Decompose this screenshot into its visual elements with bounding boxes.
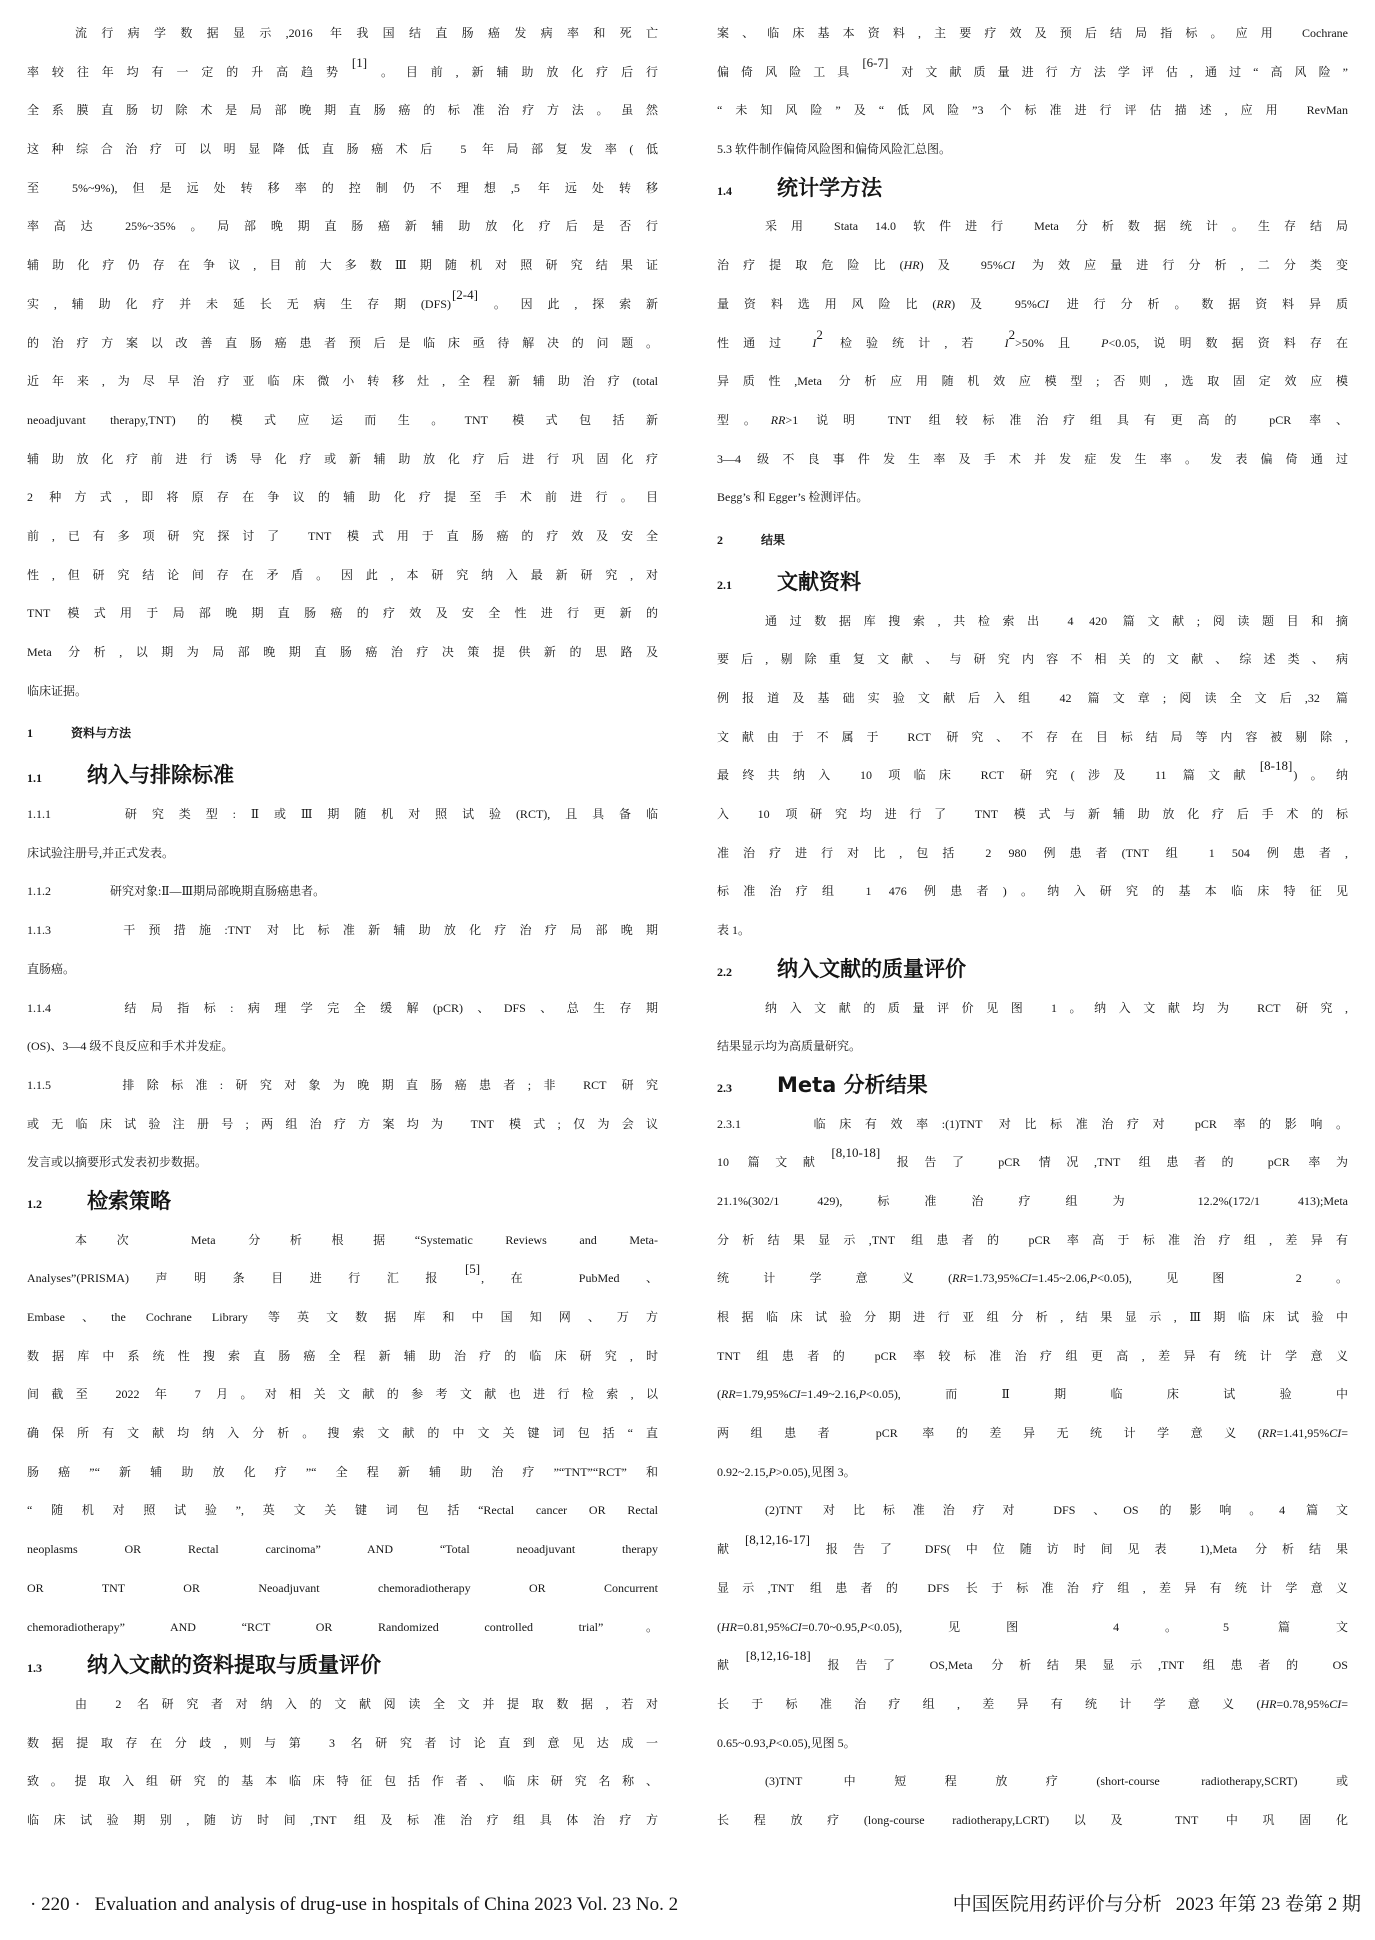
heading-number: 1.3 (27, 1649, 87, 1685)
subsection-heading: 2.3Meta 分析结果 (717, 1066, 1348, 1105)
text-line: neoadjuvant therapy,TNT)的模式应运而生。TNT 模式包括… (27, 401, 658, 440)
item-number: 1.1.3 (27, 911, 110, 950)
text-line: 临床试验期别,随访时间,TNT 组及标准治疗组具体治疗方 (27, 1801, 658, 1840)
text-line: (2)TNT 对比标准治疗对 DFS、OS 的影响。4 篇文 (717, 1491, 1348, 1530)
heading-title: 纳入文献的质量评价 (777, 957, 966, 981)
subsection-heading: 1.3纳入文献的资料提取与质量评价 (27, 1646, 658, 1685)
heading-number: 1.1 (27, 759, 87, 795)
text-line: (OS)、3—4 级不良反应和手术并发症。 (27, 1027, 658, 1066)
italic-symbol: I (1005, 336, 1009, 350)
heading-title: 统计学方法 (777, 176, 882, 200)
subsection-heading: 2.2纳入文献的质量评价 (717, 950, 1348, 989)
text-line: 献[8,12,16-17]报告了 DFS(中位随访时间见表 1),Meta 分析… (717, 1530, 1348, 1569)
subsection-heading: 1.1纳入与排除标准 (27, 756, 658, 795)
journal-name-en: Evaluation and analysis of drug-use in h… (95, 1894, 679, 1915)
italic-symbol: CI (790, 1620, 802, 1634)
text-line: 文献由于不属于 RCT 研究、不存在目标结局等内容被剔除, (717, 718, 1348, 757)
italic-symbol: P (769, 1736, 776, 1750)
heading-title: 纳入文献的资料提取与质量评价 (87, 1653, 381, 1677)
text-line: 统计学意义(RR=1.73,95%CI=1.45~2.06,P<0.05),见图… (717, 1259, 1348, 1298)
text-line: 量资料选用风险比(RR)及 95%CI 进行分析。数据资料异质 (717, 285, 1348, 324)
citation-superscript: [8,12,16-18] (746, 1648, 811, 1663)
italic-symbol: CI (1329, 1426, 1341, 1440)
text-line: 发言或以摘要形式发表初步数据。 (27, 1143, 658, 1182)
text-line: 异质性,Meta 分析应用随机效应模型;否则,选取固定效应模 (717, 362, 1348, 401)
citation-superscript: [1] (352, 55, 367, 70)
numbered-item-line: 1.1.2研究对象:Ⅱ—Ⅲ期局部晚期直肠癌患者。 (27, 872, 658, 911)
numbered-item-line: 1.1.3干预措施:TNT 对比标准新辅助放化疗治疗局部晚期 (27, 911, 658, 950)
item-number: 1.1.2 (27, 872, 110, 911)
text-line: Meta 分析,以期为局部晚期直肠癌治疗决策提供新的思路及 (27, 633, 658, 672)
text-line: Embase、the Cochrane Library 等英文数据库和中国知网、… (27, 1298, 658, 1337)
text-line: 长程放疗(long-course radiotherapy,LCRT)以及 TN… (717, 1801, 1348, 1840)
item-number: 1.1.4 (27, 989, 110, 1028)
heading-title: 文献资料 (777, 570, 861, 594)
journal-name-cn: 中国医院用药评价与分析 (953, 1894, 1162, 1915)
text-line: 实,辅助化疗并未延长无病生存期(DFS)[2-4]。因此,探索新 (27, 285, 658, 324)
issue-info-cn: 2023 年第 23 卷第 2 期 (1176, 1894, 1361, 1915)
page-number: · 220 · (30, 1894, 81, 1915)
italic-symbol: CI (788, 1387, 800, 1401)
text-line: 0.92~2.15,P>0.05),见图 3。 (717, 1453, 1348, 1492)
heading-number: 1.4 (717, 172, 777, 208)
item-number: 1.1.1 (27, 795, 110, 834)
citation-superscript: [6-7] (862, 55, 888, 70)
text-line: 准治疗进行对比,包括 2 980 例患者(TNT 组 1 504 例患者, (717, 834, 1348, 873)
text-line: OR TNT OR Neoadjuvant chemoradiotherapy … (27, 1569, 658, 1608)
italic-symbol: RR (721, 1387, 736, 1401)
text-line: 这种综合治疗可以明显降低直肠癌术后 5 年局部复发率(低 (27, 130, 658, 169)
text-line: 至 5%~9%),但是远处转移率的控制仍不理想,5 年远处转移 (27, 169, 658, 208)
italic-symbol: CI (1037, 297, 1049, 311)
italic-symbol: P (1090, 1271, 1097, 1285)
text-line: 床试验注册号,并正式发表。 (27, 834, 658, 873)
text-line: 案、临床基本资料,主要疗效及预后结局指标。应用 Cochrane (717, 14, 1348, 53)
item-number: 2.3.1 (717, 1105, 800, 1144)
text-line: chemoradiotherapy” AND “RCT OR Randomize… (27, 1608, 658, 1647)
italic-symbol: P (860, 1620, 867, 1634)
text-line: 临床证据。 (27, 672, 658, 711)
page-footer-left: · 220 ·Evaluation and analysis of drug-u… (30, 1890, 678, 1920)
citation-superscript: [5] (465, 1261, 480, 1276)
text-line: 或无临床试验注册号;两组治疗方案均为 TNT 模式;仅为会议 (27, 1105, 658, 1144)
text-line: 例报道及基础实验文献后入组 42 篇文章;阅读全文后,32 篇 (717, 679, 1348, 718)
citation-superscript: [8,12,16-17] (745, 1532, 810, 1547)
text-line: 10 篇文献[8,10-18]报告了 pCR 情况,TNT 组患者的 pCR 率… (717, 1143, 1348, 1182)
text-line: 表 1。 (717, 911, 1348, 950)
text-line: TNT 模式用于局部晚期直肠癌的疗效及安全性进行更新的 (27, 594, 658, 633)
text-line: 本次 Meta 分析根据“Systematic Reviews and Meta… (27, 1221, 658, 1260)
text-line: “未知风险”及“低风险”3 个标准进行评估描述,应用 RevMan (717, 91, 1348, 130)
text-line: 通过数据库搜索,共检索出 4 420 篇文献;阅读题目和摘 (717, 602, 1348, 641)
text-line: 的治疗方案以改善直肠癌患者预后是临床亟待解决的问题。 (27, 324, 658, 363)
heading-title: 资料与方法 (71, 726, 131, 740)
subsection-heading: 2.1文献资料 (717, 563, 1348, 602)
subsection-heading: 1.4统计学方法 (717, 169, 1348, 208)
section-heading: 1资料与方法 (27, 710, 658, 756)
text-line: 型。RR>1 说明 TNT 组较标准治疗组具有更高的 pCR 率、 (717, 401, 1348, 440)
text-line: Begg’s 和 Egger’s 检测评估。 (717, 478, 1348, 517)
section-heading: 2结果 (717, 517, 1348, 563)
italic-symbol: P (859, 1387, 866, 1401)
text-line: (HR=0.81,95%CI=0.70~0.95,P<0.05),见图 4。5 … (717, 1608, 1348, 1647)
text-line: 纳入文献的质量评价见图 1。纳入文献均为 RCT 研究, (717, 989, 1348, 1028)
heading-title: 纳入与排除标准 (87, 763, 234, 787)
text-line: 辅助放化疗前进行诱导化疗或新辅助放化疗后进行巩固化疗 (27, 440, 658, 479)
exponent-superscript: 2 (1009, 327, 1016, 342)
text-line: 3—4 级不良事件发生率及手术并发症发生率。发表偏倚通过 (717, 440, 1348, 479)
text-line: 近年来,为尽早治疗亚临床微小转移灶,全程新辅助治疗(total (27, 362, 658, 401)
text-line: (RR=1.79,95%CI=1.49~2.16,P<0.05),而Ⅱ期临床试验… (717, 1375, 1348, 1414)
text-line: 2 种方式,即将原存在争议的辅助化疗提至手术前进行。目 (27, 478, 658, 517)
citation-superscript: [8-18] (1260, 758, 1293, 773)
exponent-superscript: 2 (816, 327, 823, 342)
numbered-item-line: 2.3.1临床有效率:(1)TNT 对比标准治疗对 pCR 率的影响。 (717, 1105, 1348, 1144)
italic-symbol: CI (1329, 1697, 1341, 1711)
italic-symbol: RR (1262, 1426, 1277, 1440)
italic-symbol: HR (1260, 1697, 1276, 1711)
numbered-item-line: 1.1.4结局指标:病理学完全缓解(pCR)、DFS、总生存期 (27, 989, 658, 1028)
text-line: 流行病学数据显示,2016 年我国结直肠癌发病率和死亡 (27, 14, 658, 53)
text-line: 0.65~0.93,P<0.05),见图 5。 (717, 1724, 1348, 1763)
text-line: 两组患者 pCR 率的差异无统计学意义(RR=1.41,95%CI= (717, 1414, 1348, 1453)
text-line: 直肠癌。 (27, 950, 658, 989)
heading-title: 检索策略 (87, 1189, 171, 1213)
subsection-heading: 1.2检索策略 (27, 1182, 658, 1221)
text-line: 率高达 25%~35%。局部晚期直肠癌新辅助放化疗后是否行 (27, 207, 658, 246)
text-line: 5.3 软件制作偏倚风险图和偏倚风险汇总图。 (717, 130, 1348, 169)
item-number: 1.1.5 (27, 1066, 110, 1105)
text-line: 标准治疗组 1 476 例患者)。纳入研究的基本临床特征见 (717, 872, 1348, 911)
heading-number: 1 (27, 710, 71, 756)
heading-number: 2.1 (717, 566, 777, 602)
italic-symbol: HR (904, 258, 920, 272)
text-line: 确保所有文献均纳入分析。搜索文献的中文关键词包括“直 (27, 1414, 658, 1453)
text-line: 数据库中系统性搜索直肠癌全程新辅助治疗的临床研究,时 (27, 1337, 658, 1376)
text-line: 入 10 项研究均进行了 TNT 模式与新辅助放化疗后手术的标 (717, 795, 1348, 834)
italic-symbol: HR (721, 1620, 737, 1634)
text-line: 最终共纳入 10 项临床 RCT 研究(涉及 11 篇文献[8-18])。纳 (717, 756, 1348, 795)
text-line: 21.1%(302/1 429),标准治疗组为 12.2%(172/1 413)… (717, 1182, 1348, 1221)
heading-title: Meta 分析结果 (777, 1073, 928, 1097)
italic-symbol: P (769, 1465, 776, 1479)
citation-superscript: [8,10-18] (831, 1145, 880, 1160)
text-line: 全系膜直肠切除术是局部晚期直肠癌的标准治疗方法。虽然 (27, 91, 658, 130)
text-line: 显示,TNT 组患者的 DFS 长于标准治疗组,差异有统计学意义 (717, 1569, 1348, 1608)
numbered-item-line: 1.1.1研究类型:Ⅱ或Ⅲ期随机对照试验(RCT),且具备临 (27, 795, 658, 834)
text-line: neoplasms OR Rectal carcinoma” AND “Tota… (27, 1530, 658, 1569)
page-footer-right: 中国医院用药评价与分析2023 年第 23 卷第 2 期 (953, 1890, 1361, 1920)
text-line: 分析结果显示,TNT 组患者的 pCR 率高于标准治疗组,差异有 (717, 1221, 1348, 1260)
text-line: 数据提取存在分歧,则与第 3 名研究者讨论直到意见达成一 (27, 1724, 658, 1763)
italic-symbol: RR (952, 1271, 967, 1285)
heading-title: 结果 (761, 533, 785, 547)
text-line: 率较往年均有一定的升高趋势[1]。目前,新辅助放化疗后行 (27, 53, 658, 92)
text-line: 要后,剔除重复文献、与研究内容不相关的文献、综述类、病 (717, 640, 1348, 679)
heading-number: 2 (717, 517, 761, 563)
italic-symbol: CI (1020, 1271, 1032, 1285)
heading-number: 1.2 (27, 1185, 87, 1221)
text-line: 前,已有多项研究探讨了 TNT 模式用于直肠癌的疗效及安全 (27, 517, 658, 556)
text-line: 肠癌”“新辅助放化疗”“全程新辅助治疗”“TNT”“RCT”和 (27, 1453, 658, 1492)
text-line: 根据临床试验分期进行亚组分析,结果显示,Ⅲ期临床试验中 (717, 1298, 1348, 1337)
text-line: 偏倚风险工具[6-7]对文献质量进行方法学评估,通过“高风险” (717, 53, 1348, 92)
italic-symbol: P (1101, 336, 1108, 350)
text-line: 辅助化疗仍存在争议,目前大多数Ⅲ期随机对照研究结果证 (27, 246, 658, 285)
numbered-item-line: 1.1.5排除标准:研究对象为晚期直肠癌患者;非 RCT 研究 (27, 1066, 658, 1105)
text-line: 由 2 名研究者对纳入的文献阅读全文并提取数据,若对 (27, 1685, 658, 1724)
left-text-column: 流行病学数据显示,2016 年我国结直肠癌发病率和死亡率较往年均有一定的升高趋势… (27, 14, 658, 1840)
text-line: TNT 组患者的 pCR 率较标准治疗组更高,差异有统计学意义 (717, 1337, 1348, 1376)
italic-symbol: RR (936, 297, 951, 311)
italic-symbol: CI (1003, 258, 1015, 272)
text-line: 治疗提取危险比(HR)及 95%CI 为效应量进行分析,二分类变 (717, 246, 1348, 285)
text-line: 致。提取入组研究的基本临床特征包括作者、临床研究名称、 (27, 1762, 658, 1801)
text-line: “随机对照试验”,英文关键词包括“Rectal cancer OR Rectal (27, 1491, 658, 1530)
text-line: 结果显示均为高质量研究。 (717, 1027, 1348, 1066)
text-line: (3)TNT 中短程放疗(short-course radiotherapy,S… (717, 1762, 1348, 1801)
text-line: 性通过 I2 检验统计,若 I2>50%且 P<0.05,说明数据资料存在 (717, 324, 1348, 363)
text-line: 采用 Stata 14.0 软件进行 Meta 分析数据统计。生存结局 (717, 207, 1348, 246)
citation-superscript: [2-4] (452, 287, 478, 302)
text-line: 性,但研究结论间存在矛盾。因此,本研究纳入最新研究,对 (27, 556, 658, 595)
heading-number: 2.2 (717, 953, 777, 989)
text-line: Analyses”(PRISMA)声明条目进行汇报[5],在 PubMed、 (27, 1259, 658, 1298)
text-line: 献[8,12,16-18]报告了 OS,Meta 分析结果显示,TNT 组患者的… (717, 1646, 1348, 1685)
text-line: 间截至 2022 年 7 月。对相关文献的参考文献也进行检索,以 (27, 1375, 658, 1414)
heading-number: 2.3 (717, 1069, 777, 1105)
italic-symbol: RR (771, 413, 786, 427)
text-line: 长于标准治疗组,差异有统计学意义(HR=0.78,95%CI= (717, 1685, 1348, 1724)
right-text-column: 案、临床基本资料,主要疗效及预后结局指标。应用 Cochrane偏倚风险工具[6… (717, 14, 1348, 1840)
